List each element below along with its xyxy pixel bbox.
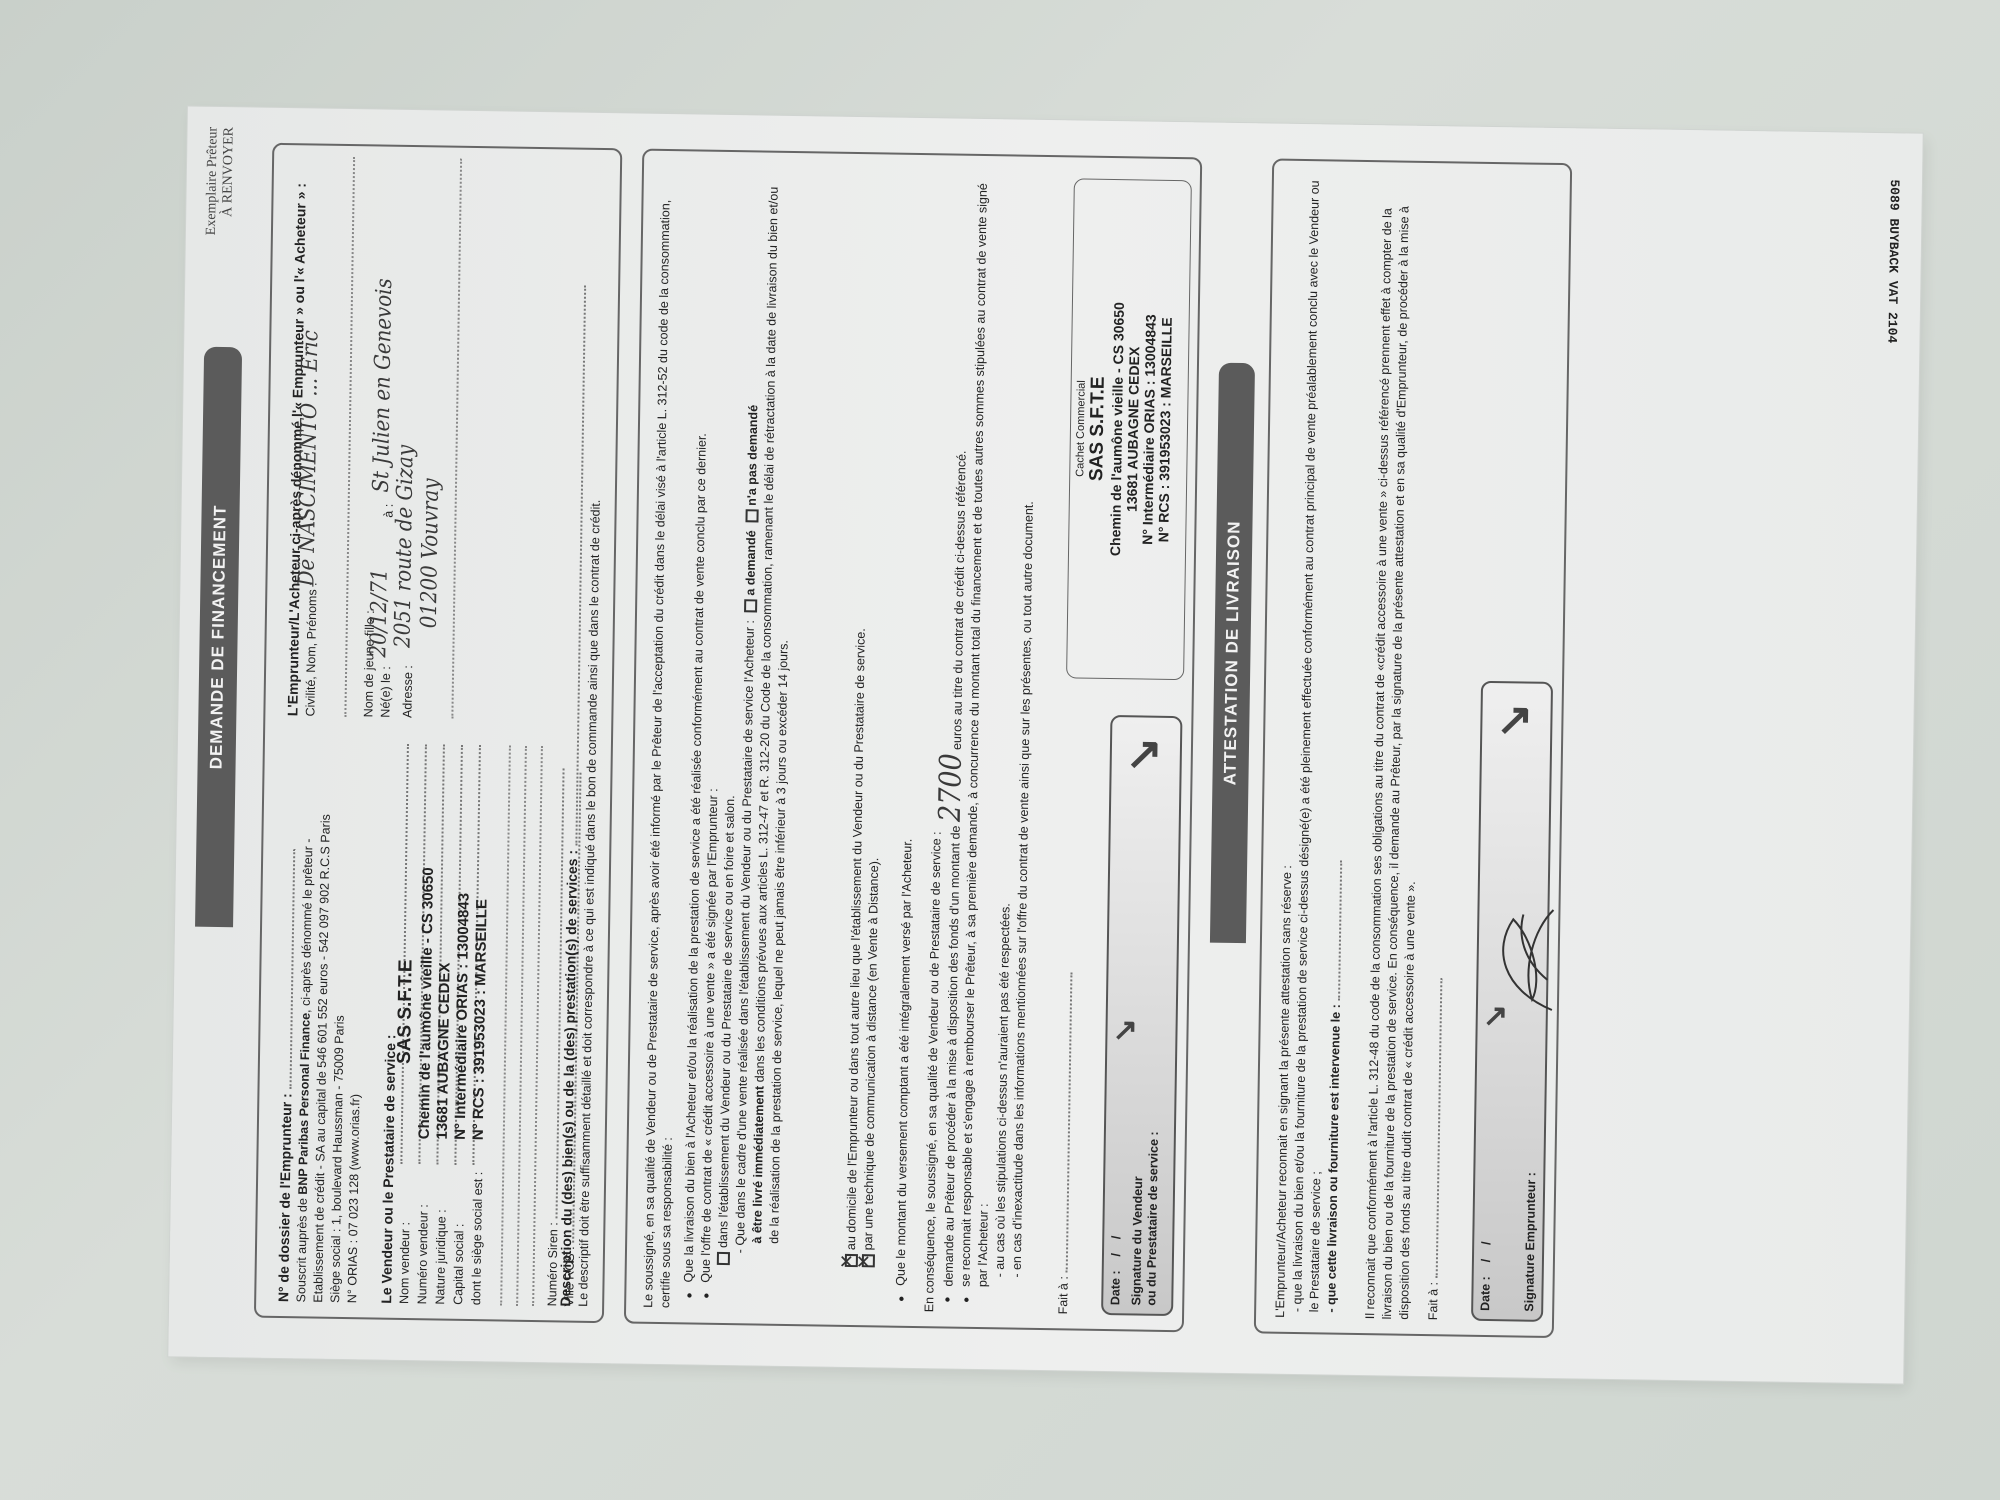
paper-sheet: DEMANDE DE FINANCEMENT Exemplaire Prêteu… — [168, 106, 1922, 1383]
delivery-section: L'Emprunteur/Acheteur reconnait en signa… — [1254, 158, 1572, 1338]
dossier-label: N° de dossier de l'Emprunteur : — [275, 1093, 294, 1302]
form-page: DEMANDE DE FINANCEMENT Exemplaire Prêteu… — [168, 106, 1922, 1383]
delivery-fait-a-field[interactable] — [1436, 979, 1443, 1279]
checkbox-asked[interactable] — [744, 600, 757, 613]
amount-value[interactable]: 2700 — [933, 753, 969, 822]
vendor-field-label: Capital social : — [451, 1223, 466, 1305]
vendor-field-label: Numéro vendeur : — [415, 1204, 431, 1304]
dossier-block: N° de dossier de l'Emprunteur : Souscrit… — [274, 742, 587, 1307]
borrower-block: L'Emprunteur/L'Acheteur ci-après dénommé… — [283, 156, 462, 719]
borrower-signature-box: Date : / / Signature Emprunteur : ↘ ↘ — [1471, 681, 1553, 1322]
arrow-down-right-icon: ↘ — [1118, 736, 1170, 774]
vendor-field-value[interactable]: SAS S.F.T.E — [396, 959, 415, 1064]
civility-value[interactable]: Dé NASCIMENTO ... Eric — [298, 330, 319, 586]
title-band: DEMANDE DE FINANCEMENT — [195, 347, 242, 928]
birth-place-value[interactable]: St Julien en Genevois — [373, 278, 393, 492]
checkbox-distance[interactable] — [862, 1254, 875, 1267]
identity-section: N° de dossier de l'Emprunteur : Souscrit… — [254, 143, 622, 1323]
page-title: DEMANDE DE FINANCEMENT — [207, 504, 231, 769]
arrow-down-right-icon: ↘ — [1107, 1018, 1142, 1044]
address-line1[interactable]: 2051 route de Gizay — [394, 445, 414, 648]
vendor-field-label: dont le siège social est : — [469, 1172, 485, 1306]
vendor-field-label: Nature juridique : — [433, 1209, 448, 1304]
certification-section: Le soussigné, en sa qualité de Vendeur o… — [624, 149, 1202, 1333]
birth-date-value[interactable]: 20/12/71 — [370, 569, 388, 658]
checkbox-establishment[interactable] — [717, 1252, 730, 1265]
vendor-field-value[interactable]: 13681 AUBAGNE CEDEX — [434, 962, 454, 1139]
vendor-field-value[interactable]: N° RCS : 391953023 : MARSEILLE — [470, 899, 491, 1140]
description-block: Description du (des) bien(s) ou de la (d… — [556, 157, 610, 1307]
copy-label: Exemplaire Prêteur À RENVOYER — [202, 127, 237, 327]
commercial-stamp: Cachet Commercial SAS S.F.T.E Chemin de … — [1066, 178, 1192, 680]
vendor-field-label: Nom vendeur : — [397, 1222, 412, 1304]
arrow-down-right-icon: ↘ — [1488, 702, 1540, 740]
delivery-title: ATTESTATION DE LIVRAISON — [1220, 520, 1244, 785]
address-line2[interactable]: 01200 Vouvray — [421, 478, 440, 628]
vendor-fields: Nom vendeur :SAS S.F.T.ENuméro vendeur :… — [396, 744, 495, 1305]
checkbox-not-asked[interactable] — [746, 510, 759, 523]
handwritten-signature[interactable] — [1492, 899, 1564, 1020]
delivery-band: ATTESTATION DE LIVRAISON — [1210, 363, 1255, 943]
footer-code: 5089 BUYBACK VAT 2104 — [1884, 143, 1902, 343]
fait-a-field[interactable] — [1066, 973, 1073, 1273]
delivery-date-field[interactable] — [1338, 861, 1342, 1001]
vendor-signature-box: Date : / / Signature du Vendeur ou du Pr… — [1101, 715, 1182, 1316]
